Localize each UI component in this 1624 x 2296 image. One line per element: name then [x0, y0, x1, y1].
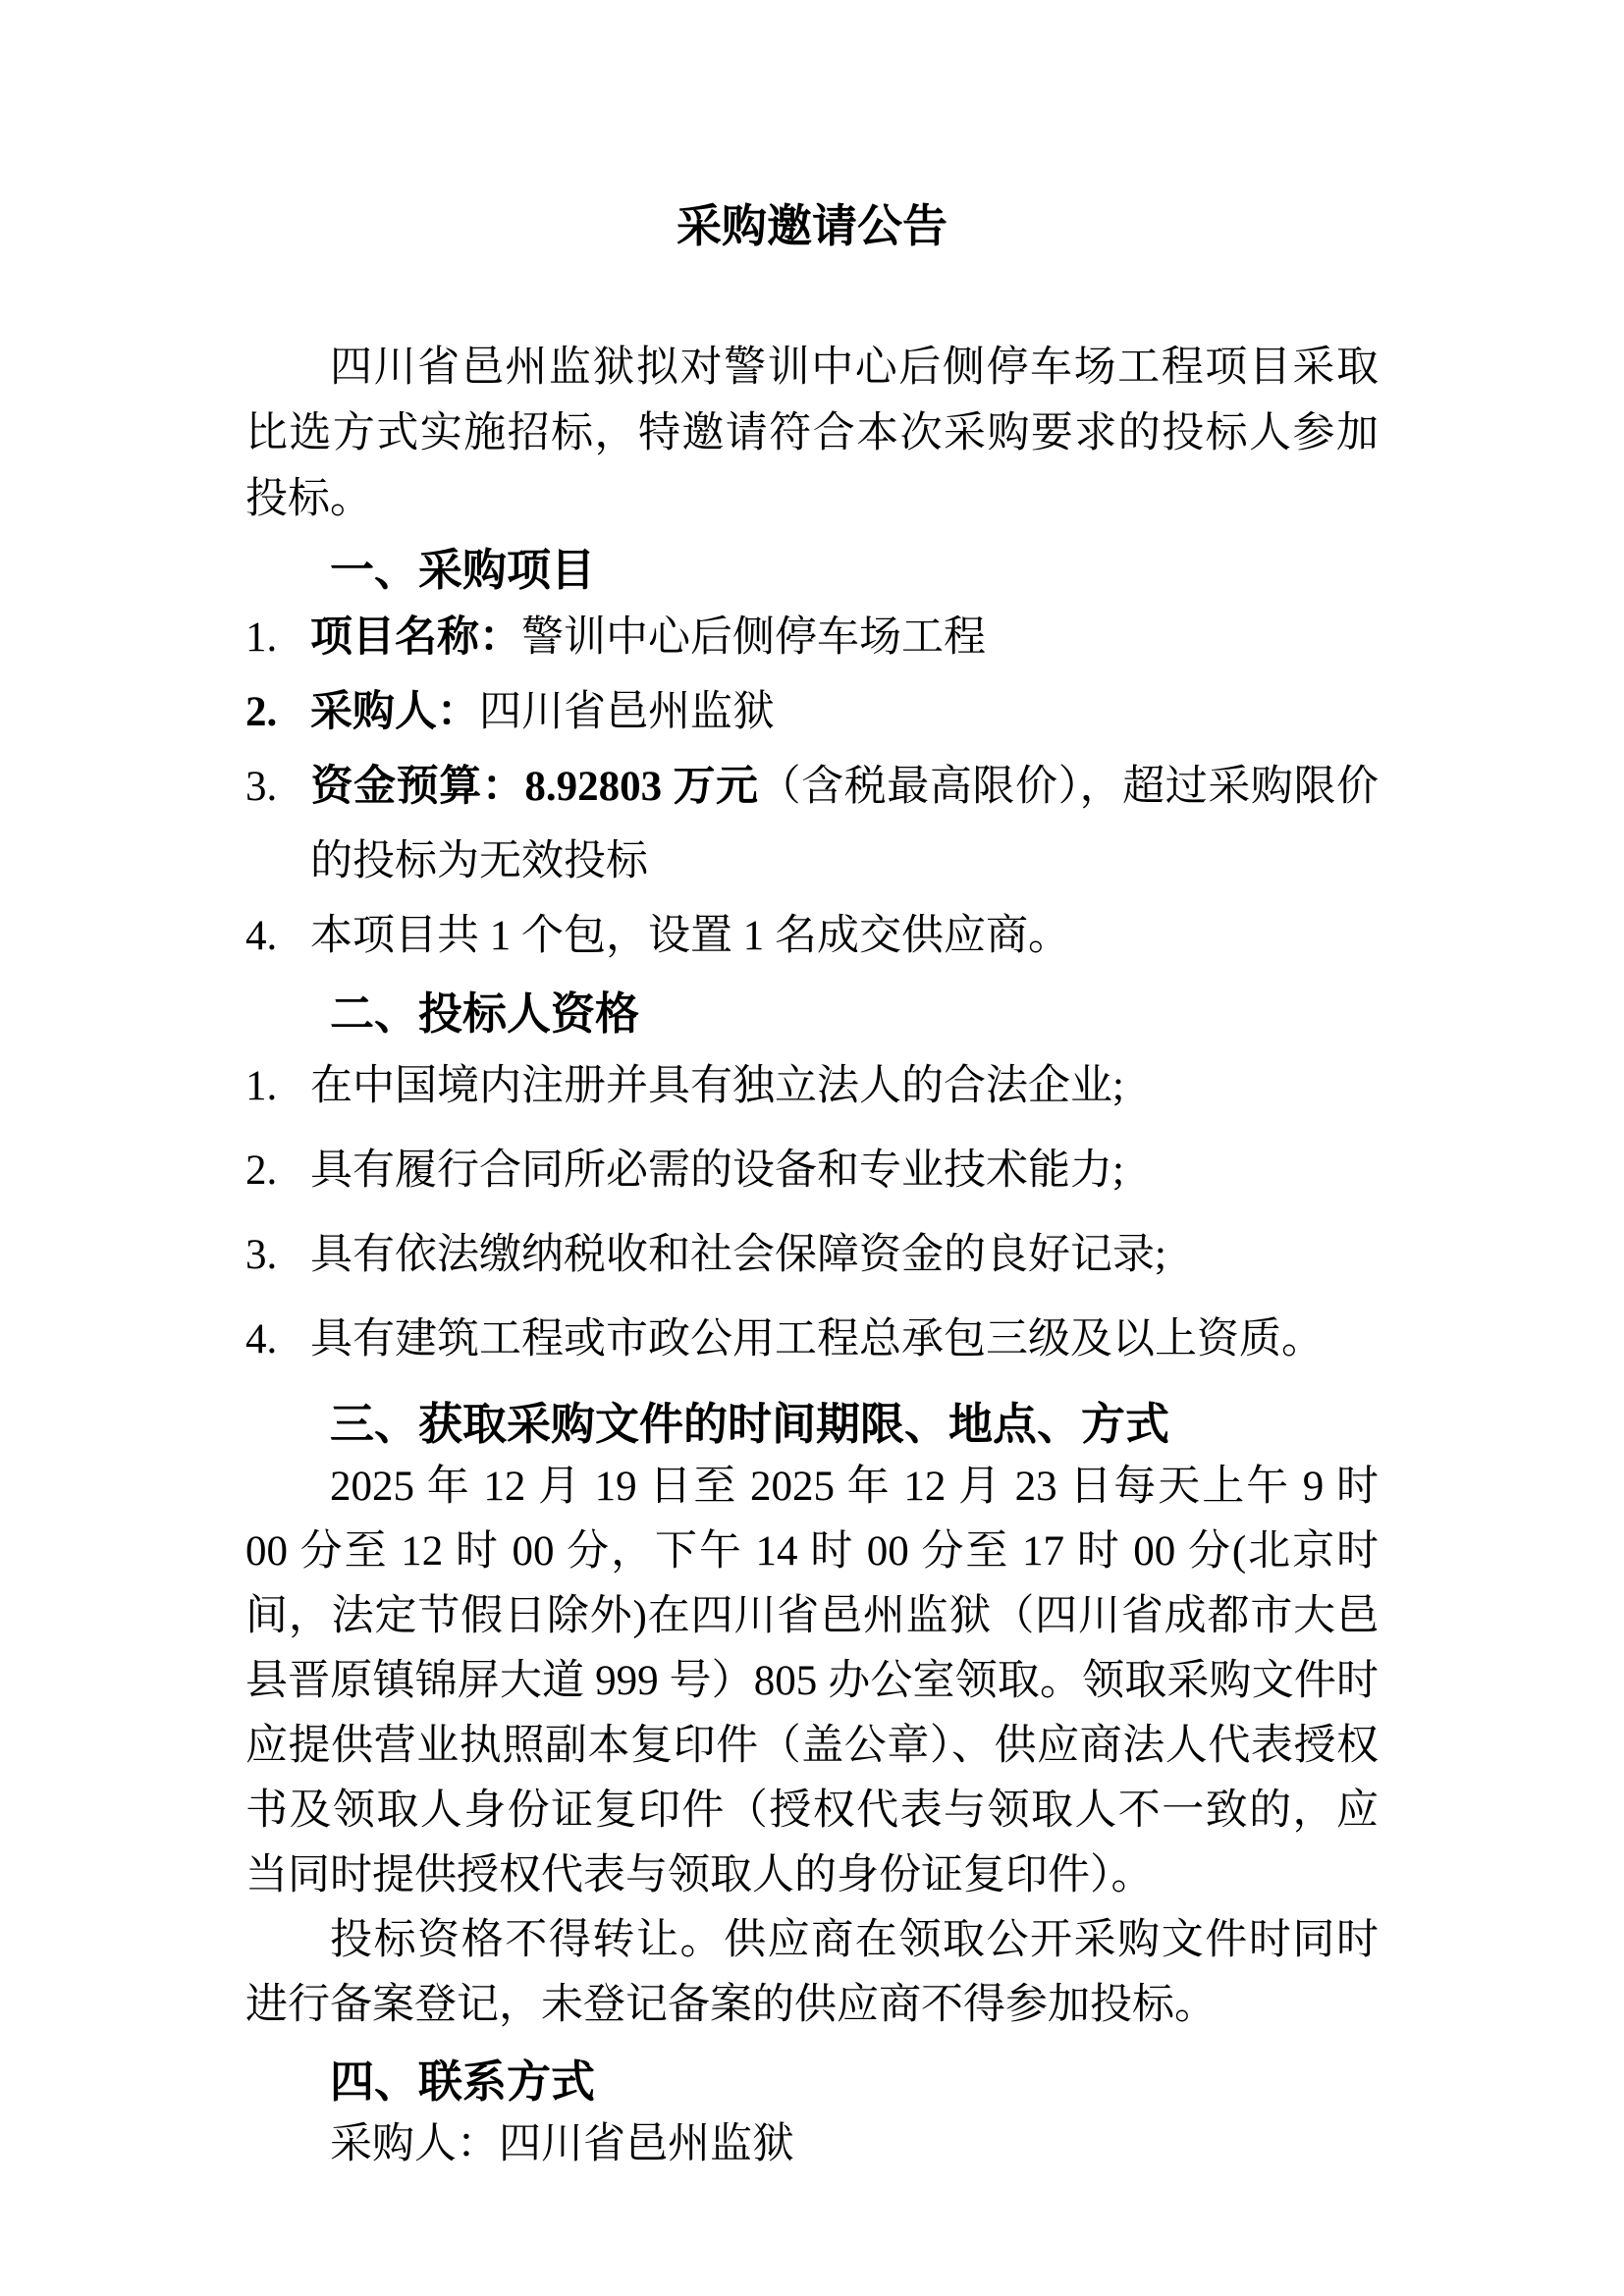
section2-list: 1.在中国境内注册并具有独立法人的合法企业; 2.具有履行合同所必需的设备和专业…	[245, 1044, 1379, 1382]
section1-list: 1.项目名称：警训中心后侧停车场工程 2.采购人：四川省邑州监狱 3.资金预算：…	[245, 601, 1379, 974]
registration-paragraph: 投标资格不得转让。供应商在领取公开采购文件时同时进行备案登记，未登记备案的供应商…	[245, 1908, 1379, 2038]
item-number: 1.	[245, 1044, 310, 1129]
item-label: 项目名称：	[310, 614, 521, 661]
item-number: 4.	[245, 899, 310, 974]
intro-paragraph: 四川省邑州监狱拟对警训中心后侧停车场工程项目采取比选方式实施招标，特邀请符合本次…	[245, 335, 1379, 532]
item-number: 3.	[245, 1213, 310, 1298]
document-page: 采购邀请公告 四川省邑州监狱拟对警训中心后侧停车场工程项目采取比选方式实施招标，…	[0, 0, 1624, 2296]
document-content: 采购邀请公告 四川省邑州监狱拟对警训中心后侧停车场工程项目采取比选方式实施招标，…	[245, 201, 1379, 2177]
item-number: 3.	[245, 750, 310, 825]
item-text: 具有依法缴纳税收和社会保障资金的良好记录;	[310, 1232, 1166, 1278]
collection-details-paragraph: 2025 年 12 月 19 日至 2025 年 12 月 23 日每天上午 9…	[245, 1455, 1379, 1908]
item-text: 警训中心后侧停车场工程	[521, 614, 986, 661]
contact-purchaser-line: 采购人：四川省邑州监狱	[245, 2112, 1379, 2177]
list-item-qualification-4: 4.具有建筑工程或市政公用工程总承包三级及以上资质。	[245, 1298, 1379, 1382]
item-label: 资金预算：	[310, 764, 524, 810]
item-text: 具有履行合同所必需的设备和专业技术能力;	[310, 1148, 1124, 1194]
section-heading-contact: 四、联系方式	[245, 2052, 1379, 2112]
item-number: 1.	[245, 601, 310, 675]
section-heading-bidder-qualification: 二、投标人资格	[245, 984, 1379, 1044]
item-number: 4.	[245, 1298, 310, 1382]
item-text: 具有建筑工程或市政公用工程总承包三级及以上资质。	[310, 1316, 1324, 1362]
item-number: 2.	[245, 675, 310, 750]
item-text: 在中国境内注册并具有独立法人的合法企业;	[310, 1063, 1124, 1109]
item-text: 四川省邑州监狱	[479, 689, 775, 735]
list-item-package: 4.本项目共 1 个包，设置 1 名成交供应商。	[245, 899, 1379, 974]
item-label: 采购人：	[310, 689, 479, 735]
list-item-project-name: 1.项目名称：警训中心后侧停车场工程	[245, 601, 1379, 675]
section-heading-procurement-project: 一、采购项目	[245, 540, 1379, 601]
budget-value: 8.92803 万元	[524, 764, 758, 810]
document-title: 采购邀请公告	[245, 201, 1379, 252]
item-number: 2.	[245, 1129, 310, 1213]
section-heading-document-collection: 三、获取采购文件的时间期限、地点、方式	[245, 1394, 1379, 1455]
list-item-purchaser: 2.采购人：四川省邑州监狱	[245, 675, 1379, 750]
list-item-budget: 3.资金预算：8.92803 万元（含税最高限价），超过采购限价的投标为无效投标	[245, 750, 1379, 899]
item-text: 本项目共 1 个包，设置 1 名成交供应商。	[310, 913, 1070, 959]
list-item-qualification-1: 1.在中国境内注册并具有独立法人的合法企业;	[245, 1044, 1379, 1129]
list-item-qualification-2: 2.具有履行合同所必需的设备和专业技术能力;	[245, 1129, 1379, 1213]
list-item-qualification-3: 3.具有依法缴纳税收和社会保障资金的良好记录;	[245, 1213, 1379, 1298]
